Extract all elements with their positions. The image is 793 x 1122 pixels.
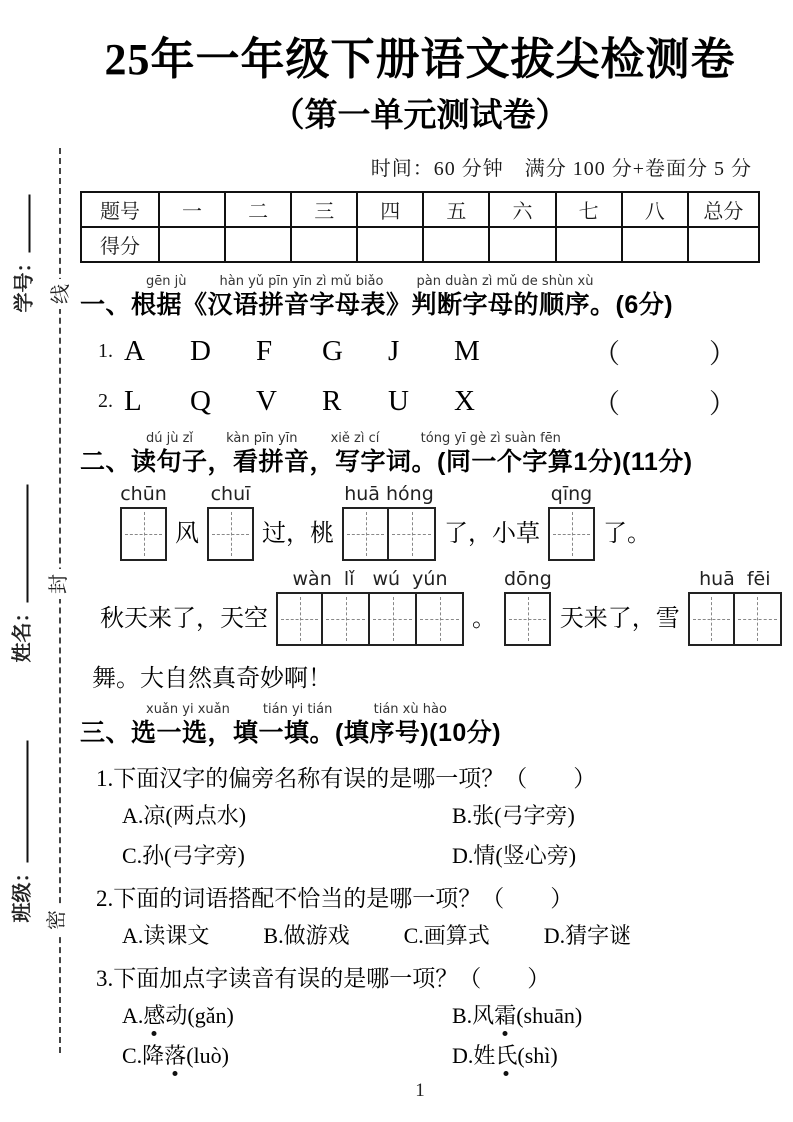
option-item[interactable]: D.姓氏(shì) — [452, 1039, 760, 1070]
section-3: xuǎn yi xuǎn tián yi tián tián xù hào 三、… — [80, 703, 760, 1070]
character-writing-box[interactable] — [504, 592, 551, 646]
score-table-header-row: 题号一二三四五六七八总分 — [81, 192, 759, 227]
seal-char-mi: 密 — [45, 905, 69, 935]
score-table: 题号一二三四五六七八总分得分 — [80, 191, 760, 263]
sequence-letter: J — [388, 335, 454, 368]
writing-box-row — [276, 592, 464, 646]
character-writing-box[interactable] — [548, 507, 595, 561]
writing-box-row — [207, 507, 254, 561]
exam-time-score-info: 时间：60 分钟 满分 100 分+卷面分 5 分 — [80, 152, 760, 181]
question-number-cell: 八 — [622, 192, 688, 227]
class-field: 班级： — [6, 741, 35, 923]
sequence-letter: A — [124, 335, 190, 368]
question-number-cell: 一 — [159, 192, 225, 227]
sentence-text: 天来了，雪 — [552, 598, 688, 646]
options-group: A.感动(gǎn)B.风霜(shuān)C.降落(luò)D.姓氏(shì) — [122, 999, 760, 1070]
writing-box-row — [548, 507, 595, 561]
option-item[interactable]: B.风霜(shuān) — [452, 999, 760, 1030]
option-text: 动(gǎn) — [165, 1003, 233, 1028]
pinyin-box-group: dōng — [504, 569, 552, 646]
section3-questions: 1.下面汉字的偏旁名称有误的是哪一项？（ ）A.凉(两点水)B.张(弓字旁)C.… — [80, 760, 760, 1070]
character-writing-box[interactable] — [735, 592, 782, 646]
section1-heading: 一、根据《汉语拼音字母表》判断字母的顺序。(6分) — [80, 289, 760, 322]
option-text: A. — [122, 1003, 143, 1028]
pinyin-label: qīng — [548, 484, 595, 505]
pinyin-box-group: chuī — [207, 484, 254, 561]
pinyin-label: huā fēi — [688, 569, 782, 590]
student-id-blank[interactable] — [27, 195, 31, 253]
seal-char-xian: 线 — [49, 279, 73, 309]
option-item[interactable]: B.张(弓字旁) — [452, 799, 760, 830]
section-1: gēn jù hàn yǔ pīn yīn zì mǔ biǎo pàn duà… — [80, 275, 760, 422]
options-group: A.读课文B.做游戏C.画算式D.猜字谜 — [122, 919, 760, 950]
option-item[interactable]: C.孙(弓字旁) — [122, 839, 452, 870]
option-text: D.姓 — [452, 1043, 495, 1068]
sequence-letter: X — [454, 385, 520, 418]
exam-subtitle: （第一单元测试卷） — [80, 89, 760, 136]
answer-bracket[interactable]: （ ） — [593, 332, 738, 371]
option-text: C.降 — [122, 1043, 164, 1068]
score-cell[interactable] — [357, 227, 423, 262]
option-text: (shì) — [517, 1043, 557, 1068]
pinyin-box-group: chūn — [120, 484, 167, 561]
pinyin-box-group: huā hóng — [342, 484, 436, 561]
dotted-character: 感 — [143, 999, 165, 1030]
question-number-cell: 四 — [357, 192, 423, 227]
writing-box-row — [342, 507, 436, 561]
score-cell[interactable] — [622, 227, 688, 262]
student-name-blank[interactable] — [25, 485, 29, 603]
question-number-cell: 六 — [489, 192, 555, 227]
pinyin-sentence-line: 秋天来了，天空wàn lǐ wú yún。dōng天来了，雪huā fēi — [92, 569, 760, 646]
option-text: A.凉(两点水) — [122, 803, 246, 828]
option-text: (luò) — [186, 1043, 229, 1068]
options-group: A.凉(两点水)B.张(弓字旁)C.孙(弓字旁)D.情(竖心旁) — [122, 799, 760, 870]
option-item[interactable]: D.猜字谜 — [544, 919, 631, 950]
pinyin-label: wàn lǐ wú yún — [276, 569, 464, 590]
row-number: 2. — [98, 390, 124, 413]
row-number: 1. — [98, 340, 124, 363]
section3-heading: 三、选一选，填一填。(填序号)(10分) — [80, 717, 760, 750]
score-cell[interactable] — [423, 227, 489, 262]
character-writing-box[interactable] — [120, 507, 167, 561]
option-text: B.风 — [452, 1003, 494, 1028]
pinyin-label: chūn — [120, 484, 167, 505]
section-2: dú jù zǐ kàn pīn yīn xiě zì cí tóng yī g… — [80, 432, 760, 694]
dotted-character: 霜 — [494, 999, 516, 1030]
sequence-letter: F — [256, 335, 322, 368]
option-text: B.张(弓字旁) — [452, 803, 575, 828]
dotted-character: 落 — [164, 1039, 186, 1070]
character-writing-box[interactable] — [370, 592, 417, 646]
sentence-text: 了。 — [595, 513, 659, 561]
score-table-body: 题号一二三四五六七八总分得分 — [81, 192, 759, 262]
option-text: A.读课文 — [122, 923, 209, 948]
pinyin-sentence-line: chūn风chuī过，桃huā hóng了，小草qīng了。 — [120, 484, 760, 561]
sentence-text: 。 — [464, 598, 504, 646]
question-number-cell: 三 — [291, 192, 357, 227]
question-number-label: 题号 — [81, 192, 159, 227]
question-text: 3.下面加点字读音有误的是哪一项？（ ） — [96, 960, 760, 993]
pinyin-box-group: wàn lǐ wú yún — [276, 569, 464, 646]
sequence-letter: R — [322, 385, 388, 418]
letter-sequence-row: 1.ADFGJM（ ） — [98, 332, 760, 372]
sentence-text: 秋天来了，天空 — [92, 598, 276, 646]
option-item[interactable]: C.降落(luò) — [122, 1039, 452, 1070]
option-text: B.做游戏 — [263, 923, 349, 948]
writing-box-row — [688, 592, 782, 646]
score-cell[interactable] — [489, 227, 555, 262]
exam-title: 25年一年级下册语文拔尖检测卷 — [80, 34, 760, 87]
score-cell[interactable] — [688, 227, 759, 262]
seal-char-feng: 封 — [47, 569, 71, 599]
option-text: D.猜字谜 — [544, 923, 631, 948]
score-cell[interactable] — [159, 227, 225, 262]
option-text: D.情(竖心旁) — [452, 843, 576, 868]
question-number-cell: 二 — [225, 192, 291, 227]
sequence-letter: G — [322, 335, 388, 368]
answer-bracket[interactable]: （ ） — [593, 382, 738, 421]
question-number-cell: 七 — [556, 192, 622, 227]
option-item[interactable]: A.凉(两点水) — [122, 799, 452, 830]
sequence-letter: U — [388, 385, 454, 418]
score-table-score-row: 得分 — [81, 227, 759, 262]
letter-sequence-row: 2.LQVRUX（ ） — [98, 382, 760, 422]
section2-heading: 二、读句子，看拼音，写字词。(同一个字算1分)(11分) — [80, 446, 760, 479]
section2-closing-line: 舞。大自然真奇妙啊！ — [92, 658, 760, 693]
character-writing-box[interactable] — [207, 507, 254, 561]
score-cell[interactable] — [556, 227, 622, 262]
score-cell[interactable] — [291, 227, 357, 262]
class-label: 班级： — [12, 863, 34, 923]
student-id-label: 学号： — [14, 253, 36, 313]
question-text: 2.下面的词语搭配不恰当的是哪一项？（ ） — [96, 880, 760, 913]
section2-pinyin: dú jù zǐ kàn pīn yīn xiě zì cí tóng yī g… — [146, 432, 760, 446]
sequence-letter: Q — [190, 385, 256, 418]
student-name-field: 姓名： — [6, 485, 35, 663]
pinyin-box-group: qīng — [548, 484, 595, 561]
page-number: 1 — [80, 1080, 760, 1102]
seal-margin: 学号： 姓名： 班级： 线 封 密 — [0, 0, 78, 1122]
sentence-text: 过，桃 — [254, 513, 342, 561]
pinyin-label: huā hóng — [342, 484, 436, 505]
sequence-letter: V — [256, 385, 322, 418]
character-writing-box[interactable] — [323, 592, 370, 646]
option-item[interactable]: D.情(竖心旁) — [452, 839, 760, 870]
section3-pinyin: xuǎn yi xuǎn tián yi tián tián xù hào — [146, 703, 760, 717]
sequence-letter: M — [454, 335, 520, 368]
option-item[interactable]: A.感动(gǎn) — [122, 999, 452, 1030]
sequence-letter: D — [190, 335, 256, 368]
pinyin-label: dōng — [504, 569, 552, 590]
pinyin-box-group: huā fēi — [688, 569, 782, 646]
question-number-cell: 总分 — [688, 192, 759, 227]
option-text: C.孙(弓字旁) — [122, 843, 245, 868]
character-writing-box[interactable] — [342, 507, 389, 561]
writing-box-row — [504, 592, 551, 646]
score-label: 得分 — [81, 227, 159, 262]
section1-letter-rows: 1.ADFGJM（ ）2.LQVRUX（ ） — [80, 332, 760, 422]
sentence-text: 风 — [167, 513, 207, 561]
class-blank[interactable] — [25, 741, 29, 863]
question-number-cell: 五 — [423, 192, 489, 227]
exam-paper-page: 学号： 姓名： 班级： 线 封 密 25年一年级下册语文拔尖检测卷 （第一单元测… — [0, 0, 793, 1122]
question-text: 1.下面汉字的偏旁名称有误的是哪一项？（ ） — [96, 760, 760, 793]
dotted-character: 氏 — [495, 1039, 517, 1070]
section2-lines: chūn风chuī过，桃huā hóng了，小草qīng了。秋天来了，天空wàn… — [80, 484, 760, 646]
sentence-text: 了，小草 — [436, 513, 548, 561]
section1-pinyin: gēn jù hàn yǔ pīn yīn zì mǔ biǎo pàn duà… — [146, 275, 760, 289]
option-item[interactable]: B.做游戏 — [263, 919, 349, 950]
exam-content: 25年一年级下册语文拔尖检测卷 （第一单元测试卷） 时间：60 分钟 满分 10… — [78, 0, 770, 1122]
character-writing-box[interactable] — [389, 507, 436, 561]
score-cell[interactable] — [225, 227, 291, 262]
student-id-field: 学号： — [8, 195, 37, 313]
character-writing-box[interactable] — [276, 592, 323, 646]
option-text: C.画算式 — [404, 923, 490, 948]
option-item[interactable]: C.画算式 — [404, 919, 490, 950]
character-writing-box[interactable] — [417, 592, 464, 646]
student-name-label: 姓名： — [12, 603, 34, 663]
pinyin-label: chuī — [207, 484, 254, 505]
writing-box-row — [120, 507, 167, 561]
option-item[interactable]: A.读课文 — [122, 919, 209, 950]
sequence-letter: L — [124, 385, 190, 418]
character-writing-box[interactable] — [688, 592, 735, 646]
option-text: (shuān) — [516, 1003, 582, 1028]
